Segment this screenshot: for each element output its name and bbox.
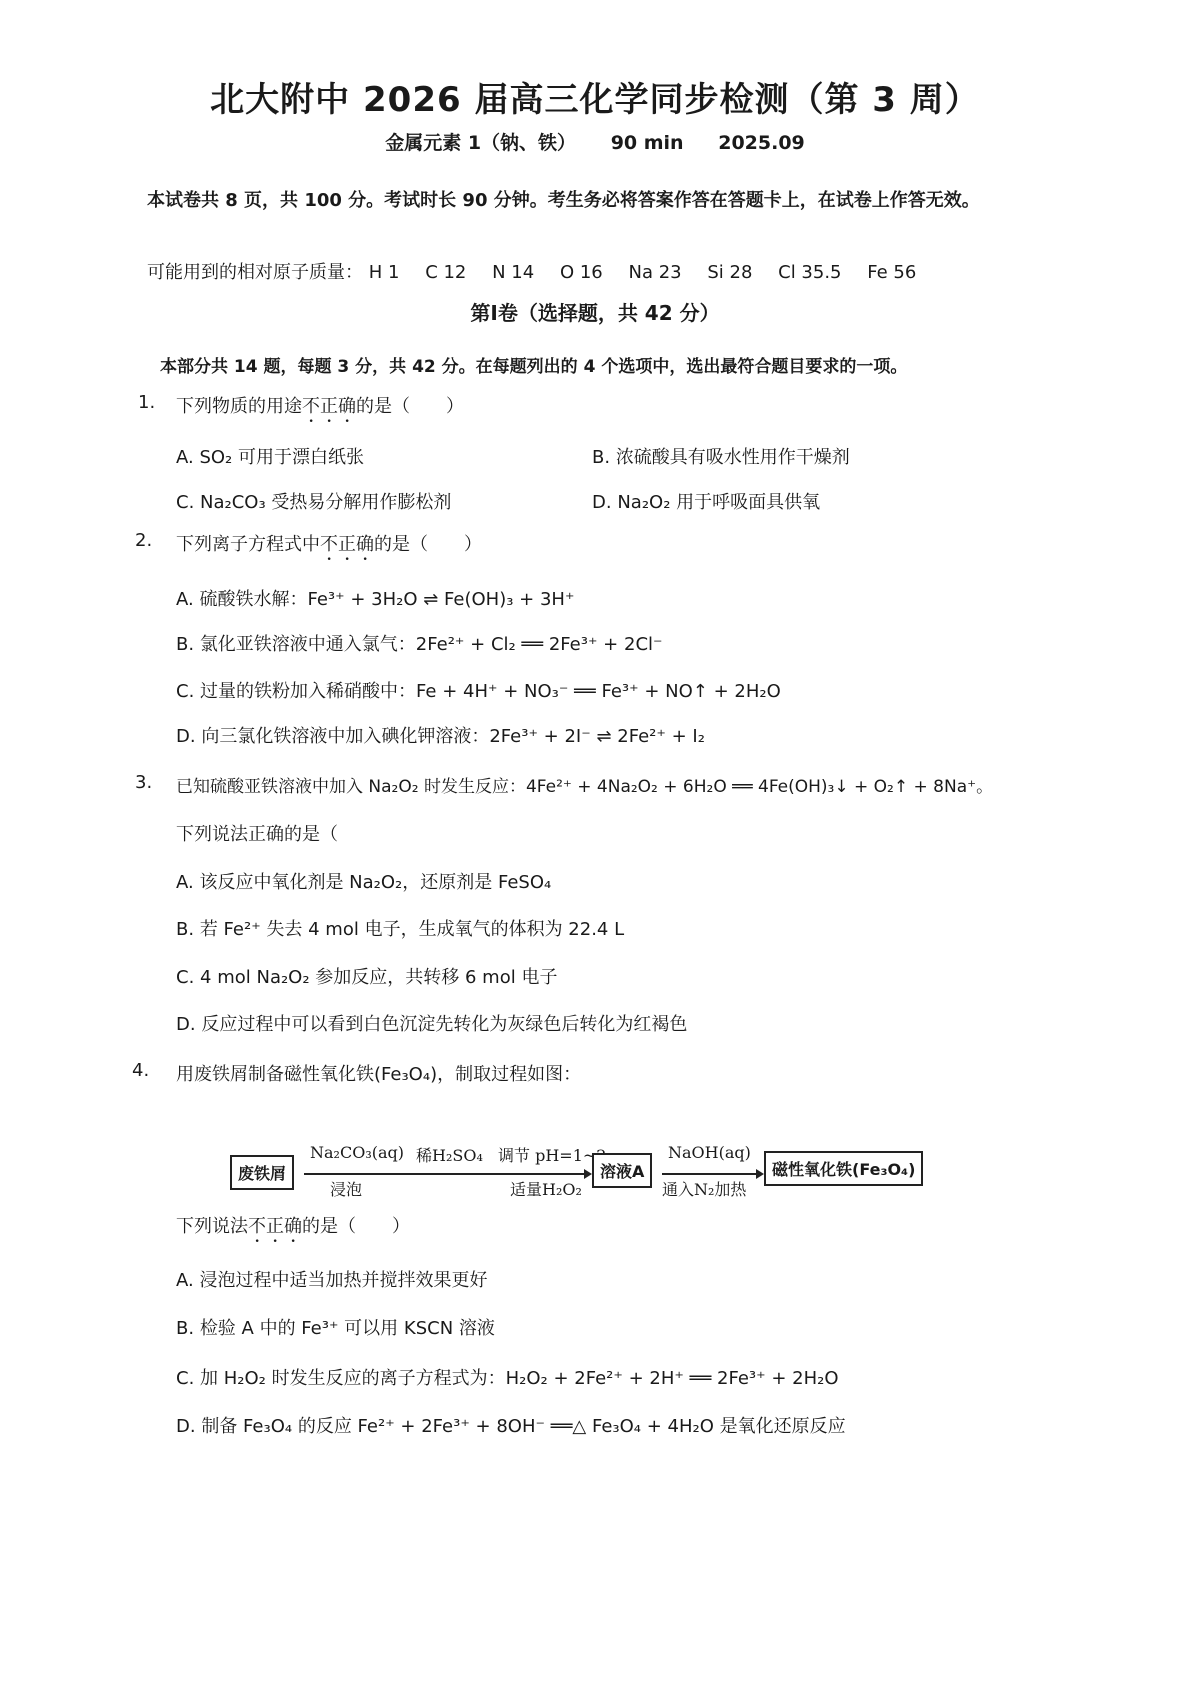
stem-text: 下列说法 [176,1216,248,1237]
question-stem-line2: 下列说法正确的是（ [176,820,338,846]
process-flow-diagram: 废铁屑 Na₂CO₃(aq) 浸泡 稀H₂SO₄ 调节 pH=1~2 适量H₂O… [230,1143,990,1203]
flow-step1-bottom: 浸泡 [330,1177,362,1200]
section-title: 第Ⅰ卷（选择题，共 42 分） [0,297,1190,326]
subtitle-date: 2025.09 [718,132,805,154]
mass-item: H 1 [369,262,400,283]
question-stem-2: 下列说法不正确的是（ ） [176,1212,410,1247]
option-a: A. SO₂ 可用于漂白纸张 [176,443,364,469]
flow-step3-bottom: 适量H₂O₂ [510,1177,582,1200]
option-c: C. 加 H₂O₂ 时发生反应的离子方程式为：H₂O₂ + 2Fe²⁺ + 2H… [176,1364,839,1390]
stem-text: 的是（ ） [356,396,464,417]
mass-item: O 16 [560,262,603,283]
subtitle-duration: 90 min [611,132,684,154]
option-d: D. Na₂O₂ 用于呼吸面具供氧 [592,488,820,514]
option-b: B. 氯化亚铁溶液中通入氯气：2Fe²⁺ + Cl₂ ══ 2Fe³⁺ + 2C… [176,630,663,656]
question-number: 4. [132,1060,149,1081]
flow-step4-top: NaOH(aq) [668,1143,751,1162]
question-number: 3. [135,772,152,793]
atomic-masses: 可能用到的相对原子质量： H 1 C 12 N 14 O 16 Na 23 Si… [147,258,936,284]
stem-text: 的是（ ） [374,534,482,555]
flow-step3-top: 调节 pH=1~2 [498,1143,606,1166]
option-a: A. 该反应中氧化剂是 Na₂O₂，还原剂是 FeSO₄ [176,868,551,894]
atomic-masses-label: 可能用到的相对原子质量： [147,262,363,283]
question-stem: 已知硫酸亚铁溶液中加入 Na₂O₂ 时发生反应：4Fe²⁺ + 4Na₂O₂ +… [176,772,993,797]
option-d: D. 制备 Fe₃O₄ 的反应 Fe²⁺ + 2Fe³⁺ + 8OH⁻ ══△ … [176,1412,846,1438]
mass-item: N 14 [492,262,534,283]
stem-emphasis: 不正确 [302,396,356,417]
stem-text: 下列物质的用途 [176,396,302,417]
mass-item: Na 23 [628,262,681,283]
subtitle-topic: 金属元素 1（钠、铁） [385,132,576,154]
section-note: 本部分共 14 题，每题 3 分，共 42 分。在每题列出的 4 个选项中，选出… [160,352,907,377]
flow-step2-top: 稀H₂SO₄ [416,1143,483,1166]
exam-title: 北大附中 2026 届高三化学同步检测（第 3 周） [0,72,1190,121]
stem-text: 的是（ ） [302,1216,410,1237]
mass-item: C 12 [425,262,466,283]
flow-box-start: 废铁屑 [230,1155,294,1190]
exam-instructions: 本试卷共 8 页，共 100 分。考试时长 90 分钟。考生务必将答案作答在答题… [147,185,1047,217]
question-stem: 下列离子方程式中不正确的是（ ） [176,530,482,565]
option-d: D. 反应过程中可以看到白色沉淀先转化为灰绿色后转化为红褐色 [176,1010,687,1036]
mass-item: Si 28 [707,262,752,283]
mass-item: Fe 56 [867,262,916,283]
option-c: C. 4 mol Na₂O₂ 参加反应，共转移 6 mol 电子 [176,963,557,989]
flow-box-solution-a: 溶液A [592,1153,652,1188]
stem-emphasis: 不正确 [248,1216,302,1237]
mass-item: Cl 35.5 [778,262,841,283]
flow-step1-top: Na₂CO₃(aq) [310,1143,404,1162]
flow-box-end: 磁性氧化铁(Fe₃O₄) [764,1151,923,1186]
flow-arrow [304,1173,590,1175]
flow-arrow [662,1173,762,1175]
option-b: B. 浓硫酸具有吸水性用作干燥剂 [592,443,850,469]
option-c: C. Na₂CO₃ 受热易分解用作膨松剂 [176,488,451,514]
option-a: A. 浸泡过程中适当加热并搅拌效果更好 [176,1266,487,1292]
option-b: B. 若 Fe²⁺ 失去 4 mol 电子，生成氧气的体积为 22.4 L [176,915,624,941]
option-a: A. 硫酸铁水解：Fe³⁺ + 3H₂O ⇌ Fe(OH)₃ + 3H⁺ [176,585,574,611]
stem-text: 下列离子方程式中 [176,534,320,555]
option-c: C. 过量的铁粉加入稀硝酸中：Fe + 4H⁺ + NO₃⁻ ══ Fe³⁺ +… [176,677,781,703]
question-stem: 下列物质的用途不正确的是（ ） [176,392,464,427]
stem-emphasis: 不正确 [320,534,374,555]
option-b: B. 检验 A 中的 Fe³⁺ 可以用 KSCN 溶液 [176,1314,495,1340]
question-stem: 用废铁屑制备磁性氧化铁(Fe₃O₄)，制取过程如图： [176,1060,581,1086]
question-number: 1. [138,392,155,413]
question-number: 2. [135,530,152,551]
exam-subtitle: 金属元素 1（钠、铁） 90 min 2025.09 [0,128,1190,155]
flow-step4-bottom: 通入N₂加热 [662,1177,746,1200]
option-d: D. 向三氯化铁溶液中加入碘化钾溶液：2Fe³⁺ + 2I⁻ ⇌ 2Fe²⁺ +… [176,722,705,748]
